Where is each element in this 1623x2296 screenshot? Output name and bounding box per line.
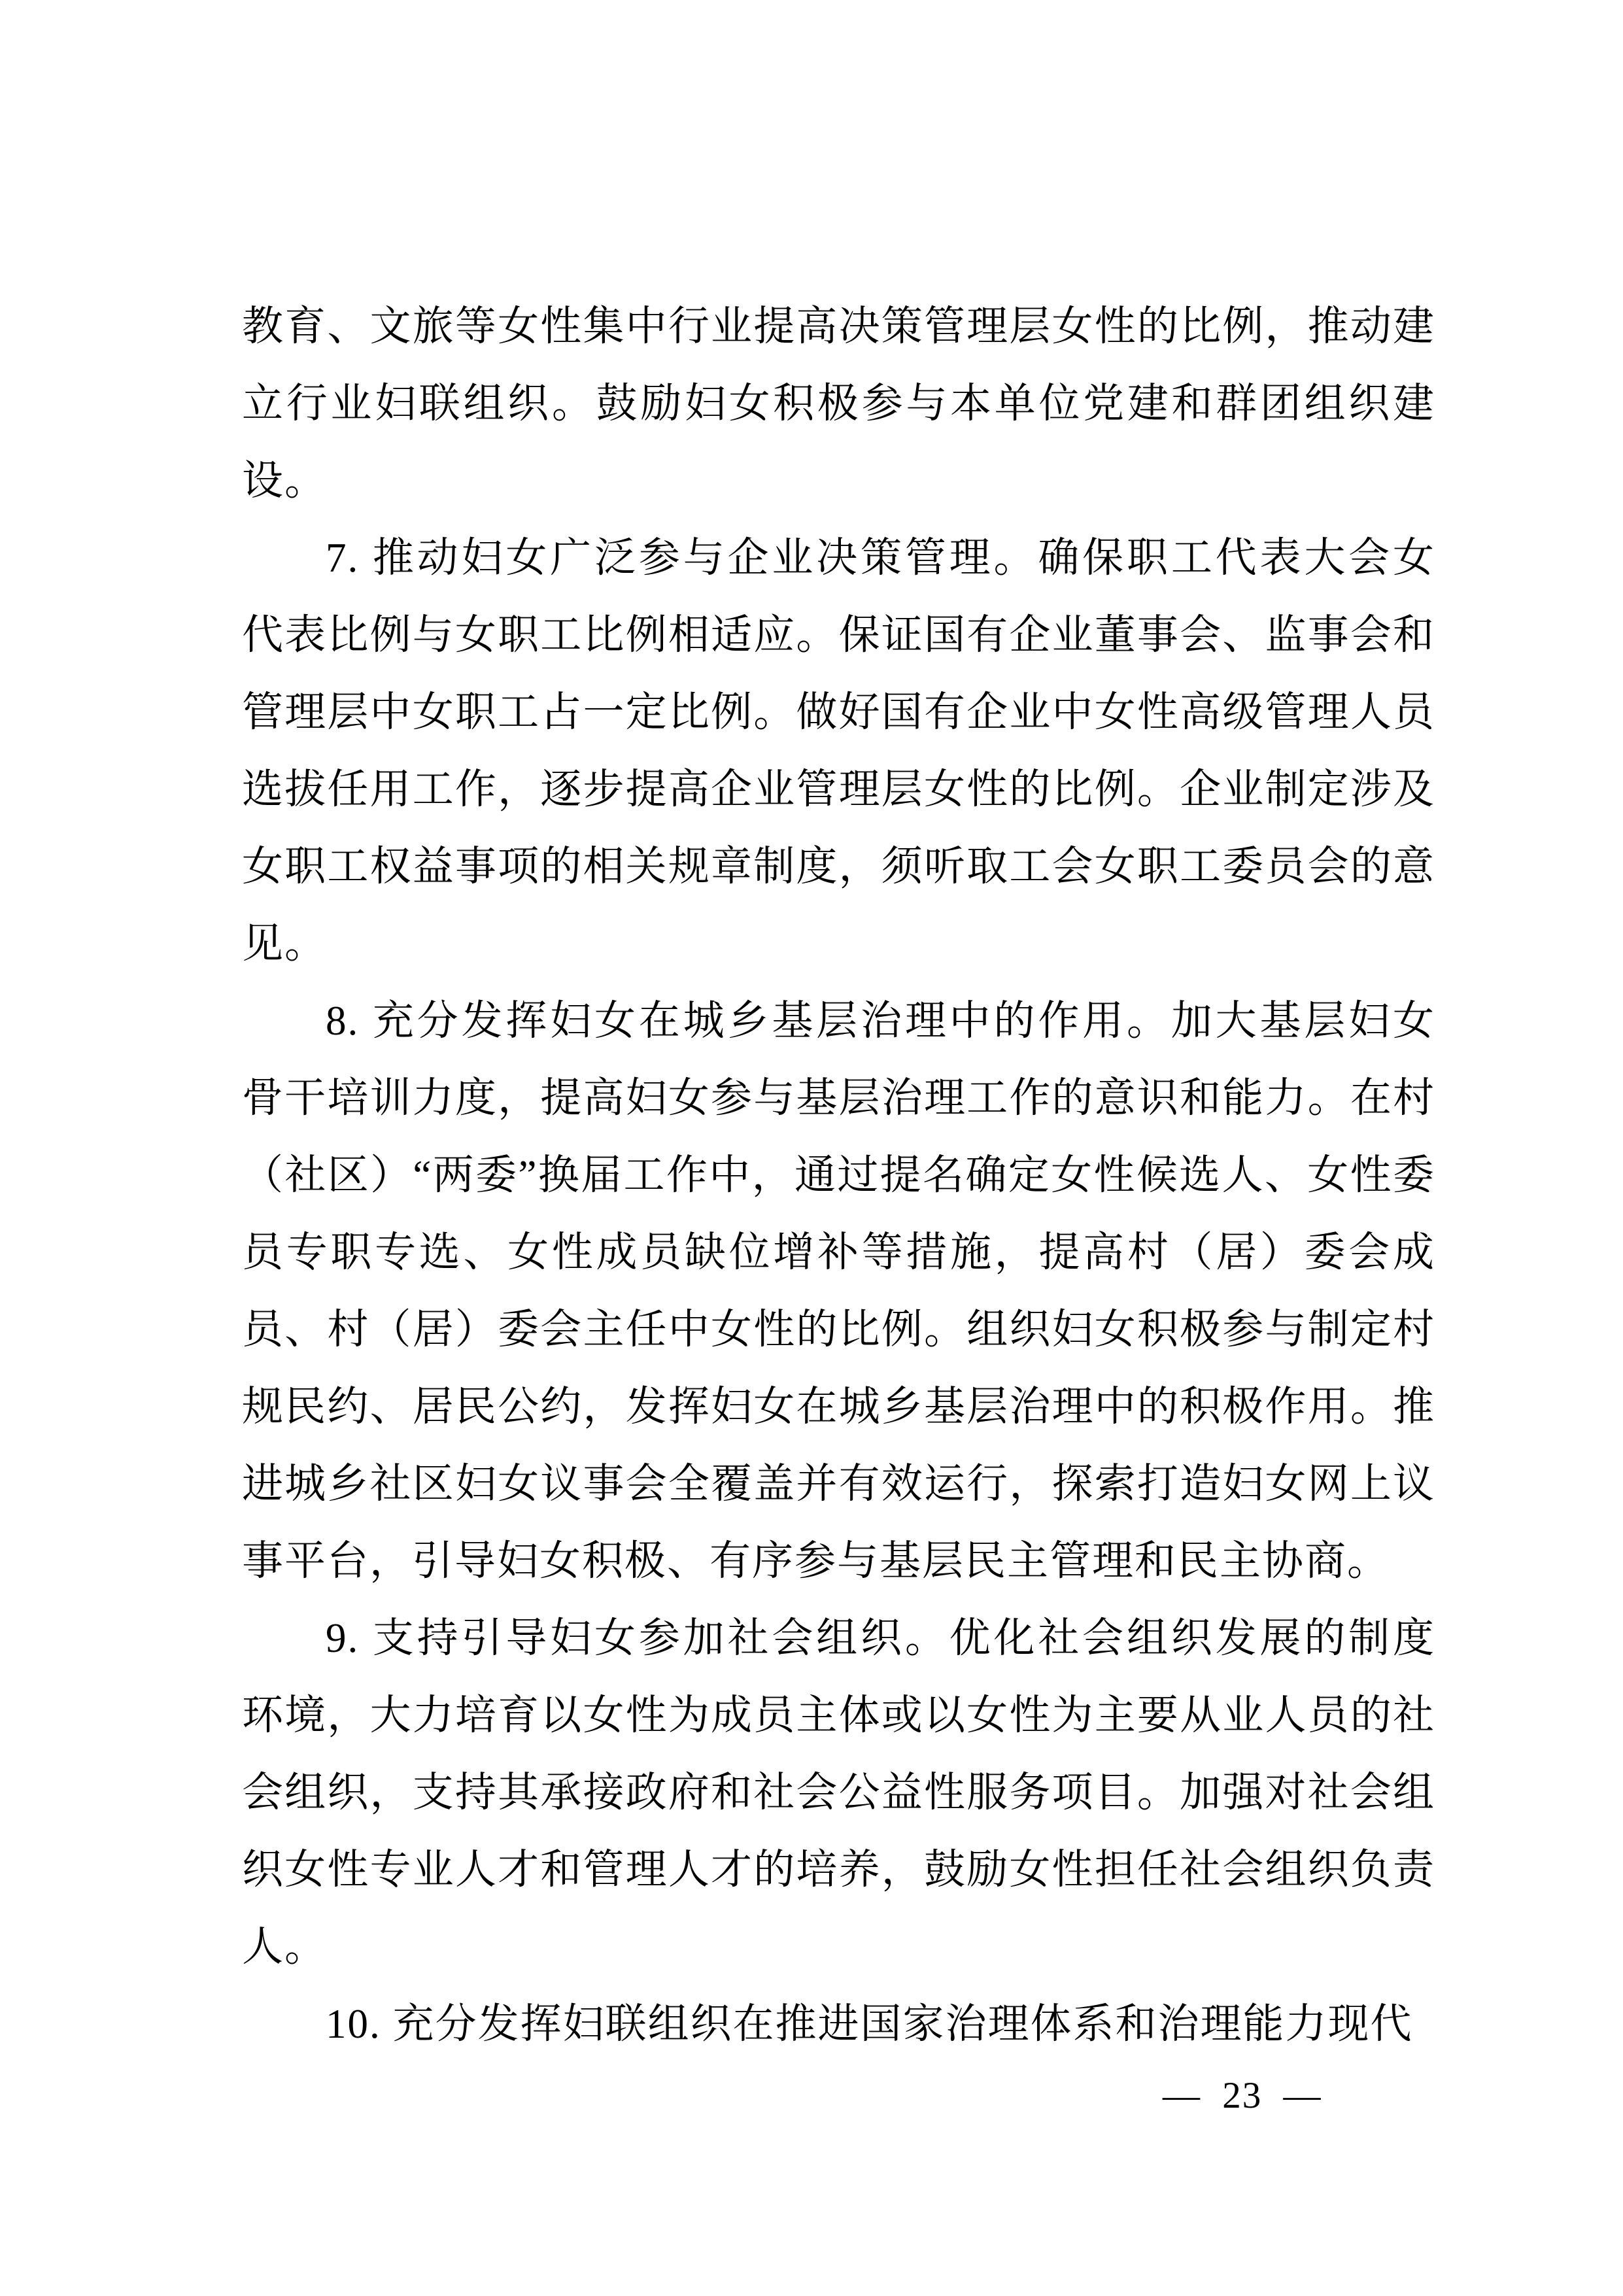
document-text: 教育、文旅等女性集中行业提高决策管理层女性的比例，推动建立行业妇联组织。鼓励妇女… bbox=[242, 288, 1435, 2063]
text-line: 8. 充分发挥妇女在城乡基层治理中的作用。加大基层妇女 bbox=[242, 982, 1435, 1059]
text-line: 会组织，支持其承接政府和社会公益性服务项目。加强对社会组 bbox=[242, 1754, 1435, 1831]
text-line: 员、村（居）委会主任中女性的比例。组织妇女积极参与制定村 bbox=[242, 1291, 1435, 1368]
text-line: 教育、文旅等女性集中行业提高决策管理层女性的比例，推动建 bbox=[242, 288, 1435, 365]
text-line: 人。 bbox=[242, 1908, 1435, 1985]
text-line: 7. 推动妇女广泛参与企业决策管理。确保职工代表大会女 bbox=[242, 519, 1435, 596]
text-line: 9. 支持引导妇女参加社会组织。优化社会组织发展的制度 bbox=[242, 1600, 1435, 1677]
text-line: 立行业妇联组织。鼓励妇女积极参与本单位党建和群团组织建 bbox=[242, 365, 1435, 442]
page-number: — 23 — bbox=[1163, 2073, 1322, 2119]
text-line: （社区）“两委”换届工作中，通过提名确定女性候选人、女性委 bbox=[242, 1137, 1435, 1214]
text-line: 女职工权益事项的相关规章制度，须听取工会女职工委员会的意 bbox=[242, 828, 1435, 905]
text-line: 环境，大力培育以女性为成员主体或以女性为主要从业人员的社 bbox=[242, 1677, 1435, 1754]
text-line: 管理层中女职工占一定比例。做好国有企业中女性高级管理人员 bbox=[242, 674, 1435, 751]
text-line: 骨干培训力度，提高妇女参与基层治理工作的意识和能力。在村 bbox=[242, 1059, 1435, 1137]
text-line: 10. 充分发挥妇联组织在推进国家治理体系和治理能力现代 bbox=[242, 1985, 1435, 2063]
text-line: 事平台，引导妇女积极、有序参与基层民主管理和民主协商。 bbox=[242, 1522, 1435, 1600]
text-line: 代表比例与女职工比例相适应。保证国有企业董事会、监事会和 bbox=[242, 596, 1435, 674]
text-line: 员专职专选、女性成员缺位增补等措施，提高村（居）委会成 bbox=[242, 1214, 1435, 1291]
text-line: 织女性专业人才和管理人才的培养，鼓励女性担任社会组织负责 bbox=[242, 1831, 1435, 1908]
text-line: 规民约、居民公约，发挥妇女在城乡基层治理中的积极作用。推 bbox=[242, 1368, 1435, 1445]
text-line: 见。 bbox=[242, 905, 1435, 982]
text-line: 选拔任用工作，逐步提高企业管理层女性的比例。企业制定涉及 bbox=[242, 751, 1435, 828]
text-line: 设。 bbox=[242, 442, 1435, 519]
text-line: 进城乡社区妇女议事会全覆盖并有效运行，探索打造妇女网上议 bbox=[242, 1445, 1435, 1522]
